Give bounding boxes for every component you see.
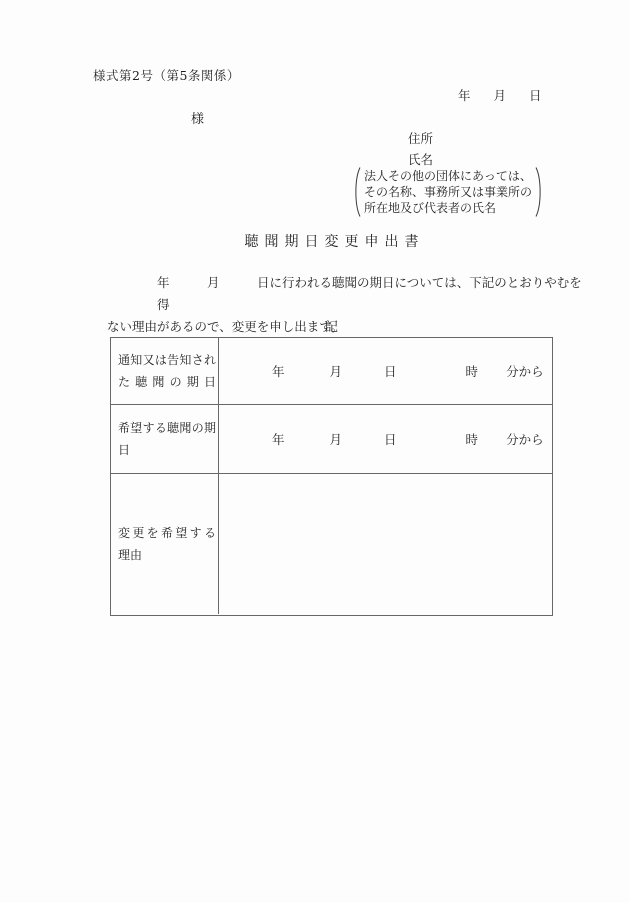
date-fill-in-desired: 年 月 日 時 分から — [219, 405, 552, 473]
date-unit-month: 月 — [330, 430, 343, 448]
header-date-line: 年 月 日 — [458, 86, 542, 104]
table-row-notified-date: 通知又は告知され た聴聞の期日 年 月 日 時 分から — [111, 338, 552, 404]
corporate-note-text: 法人その他の団体にあっては、 その名称、事務所又は事業所の 所在地及び代表者の氏… — [364, 168, 532, 216]
corporate-entity-note: 法人その他の団体にあっては、 その名称、事務所又は事業所の 所在地及び代表者の氏… — [352, 166, 544, 218]
date-unit-day: 日 — [384, 362, 397, 380]
left-paren-icon — [352, 166, 361, 218]
reason-fill-in-area — [219, 474, 552, 614]
corporate-note-line: その名称、事務所又は事業所の — [364, 184, 532, 200]
document-title: 聴聞期日変更申出書 — [110, 231, 553, 251]
table-row-change-reason: 変更を希望する 理由 — [111, 473, 552, 614]
row-label-desired-date: 希望する聴聞の期 日 — [111, 405, 219, 473]
corporate-note-line: 所在地及び代表者の氏名 — [364, 200, 532, 216]
document-page: 様式第2号（第5条関係） 年 月 日 様 住所 氏名 法人その他の団体にあっては… — [0, 0, 630, 903]
date-unit-hour: 時 — [466, 430, 479, 448]
hearing-date-table: 通知又は告知され た聴聞の期日 年 月 日 時 分から 希望する聴聞の期 日 年… — [110, 337, 553, 616]
addressee-honorific: 様 — [191, 108, 204, 127]
row-label-change-reason: 変更を希望する 理由 — [111, 474, 219, 614]
header-date-year: 年 — [458, 86, 471, 104]
table-row-desired-date: 希望する聴聞の期 日 年 月 日 時 分から — [111, 404, 552, 473]
row-label-line: た聴聞の期日 — [118, 371, 216, 393]
row-label-notified-date: 通知又は告知され た聴聞の期日 — [111, 338, 219, 404]
date-unit-year: 年 — [272, 362, 285, 380]
row-label-line: 通知又は告知され — [118, 349, 216, 371]
date-unit-day: 日 — [384, 430, 397, 448]
date-unit-minute-from: 分から — [506, 362, 544, 380]
date-unit-month: 月 — [330, 362, 343, 380]
row-label-line: 日 — [118, 439, 216, 461]
row-label-line: 変更を希望する — [118, 522, 216, 544]
form-number: 様式第2号（第5条関係） — [93, 66, 240, 84]
row-label-line: 理由 — [118, 544, 216, 566]
address-label: 住所 — [408, 129, 433, 147]
date-unit-hour: 時 — [466, 362, 479, 380]
date-fill-in-notified: 年 月 日 時 分から — [219, 338, 552, 404]
right-paren-icon — [535, 166, 544, 218]
header-date-day: 日 — [529, 86, 542, 104]
record-heading: 記 — [110, 316, 553, 335]
header-date-month: 月 — [494, 86, 507, 104]
body-line: 年 月 日に行われる聴聞の期日については、下記のとおりやむを得 — [157, 272, 582, 316]
corporate-note-line: 法人その他の団体にあっては、 — [364, 168, 532, 184]
row-label-line: 希望する聴聞の期 — [118, 417, 216, 439]
date-unit-minute-from: 分から — [506, 430, 544, 448]
date-unit-year: 年 — [272, 430, 285, 448]
